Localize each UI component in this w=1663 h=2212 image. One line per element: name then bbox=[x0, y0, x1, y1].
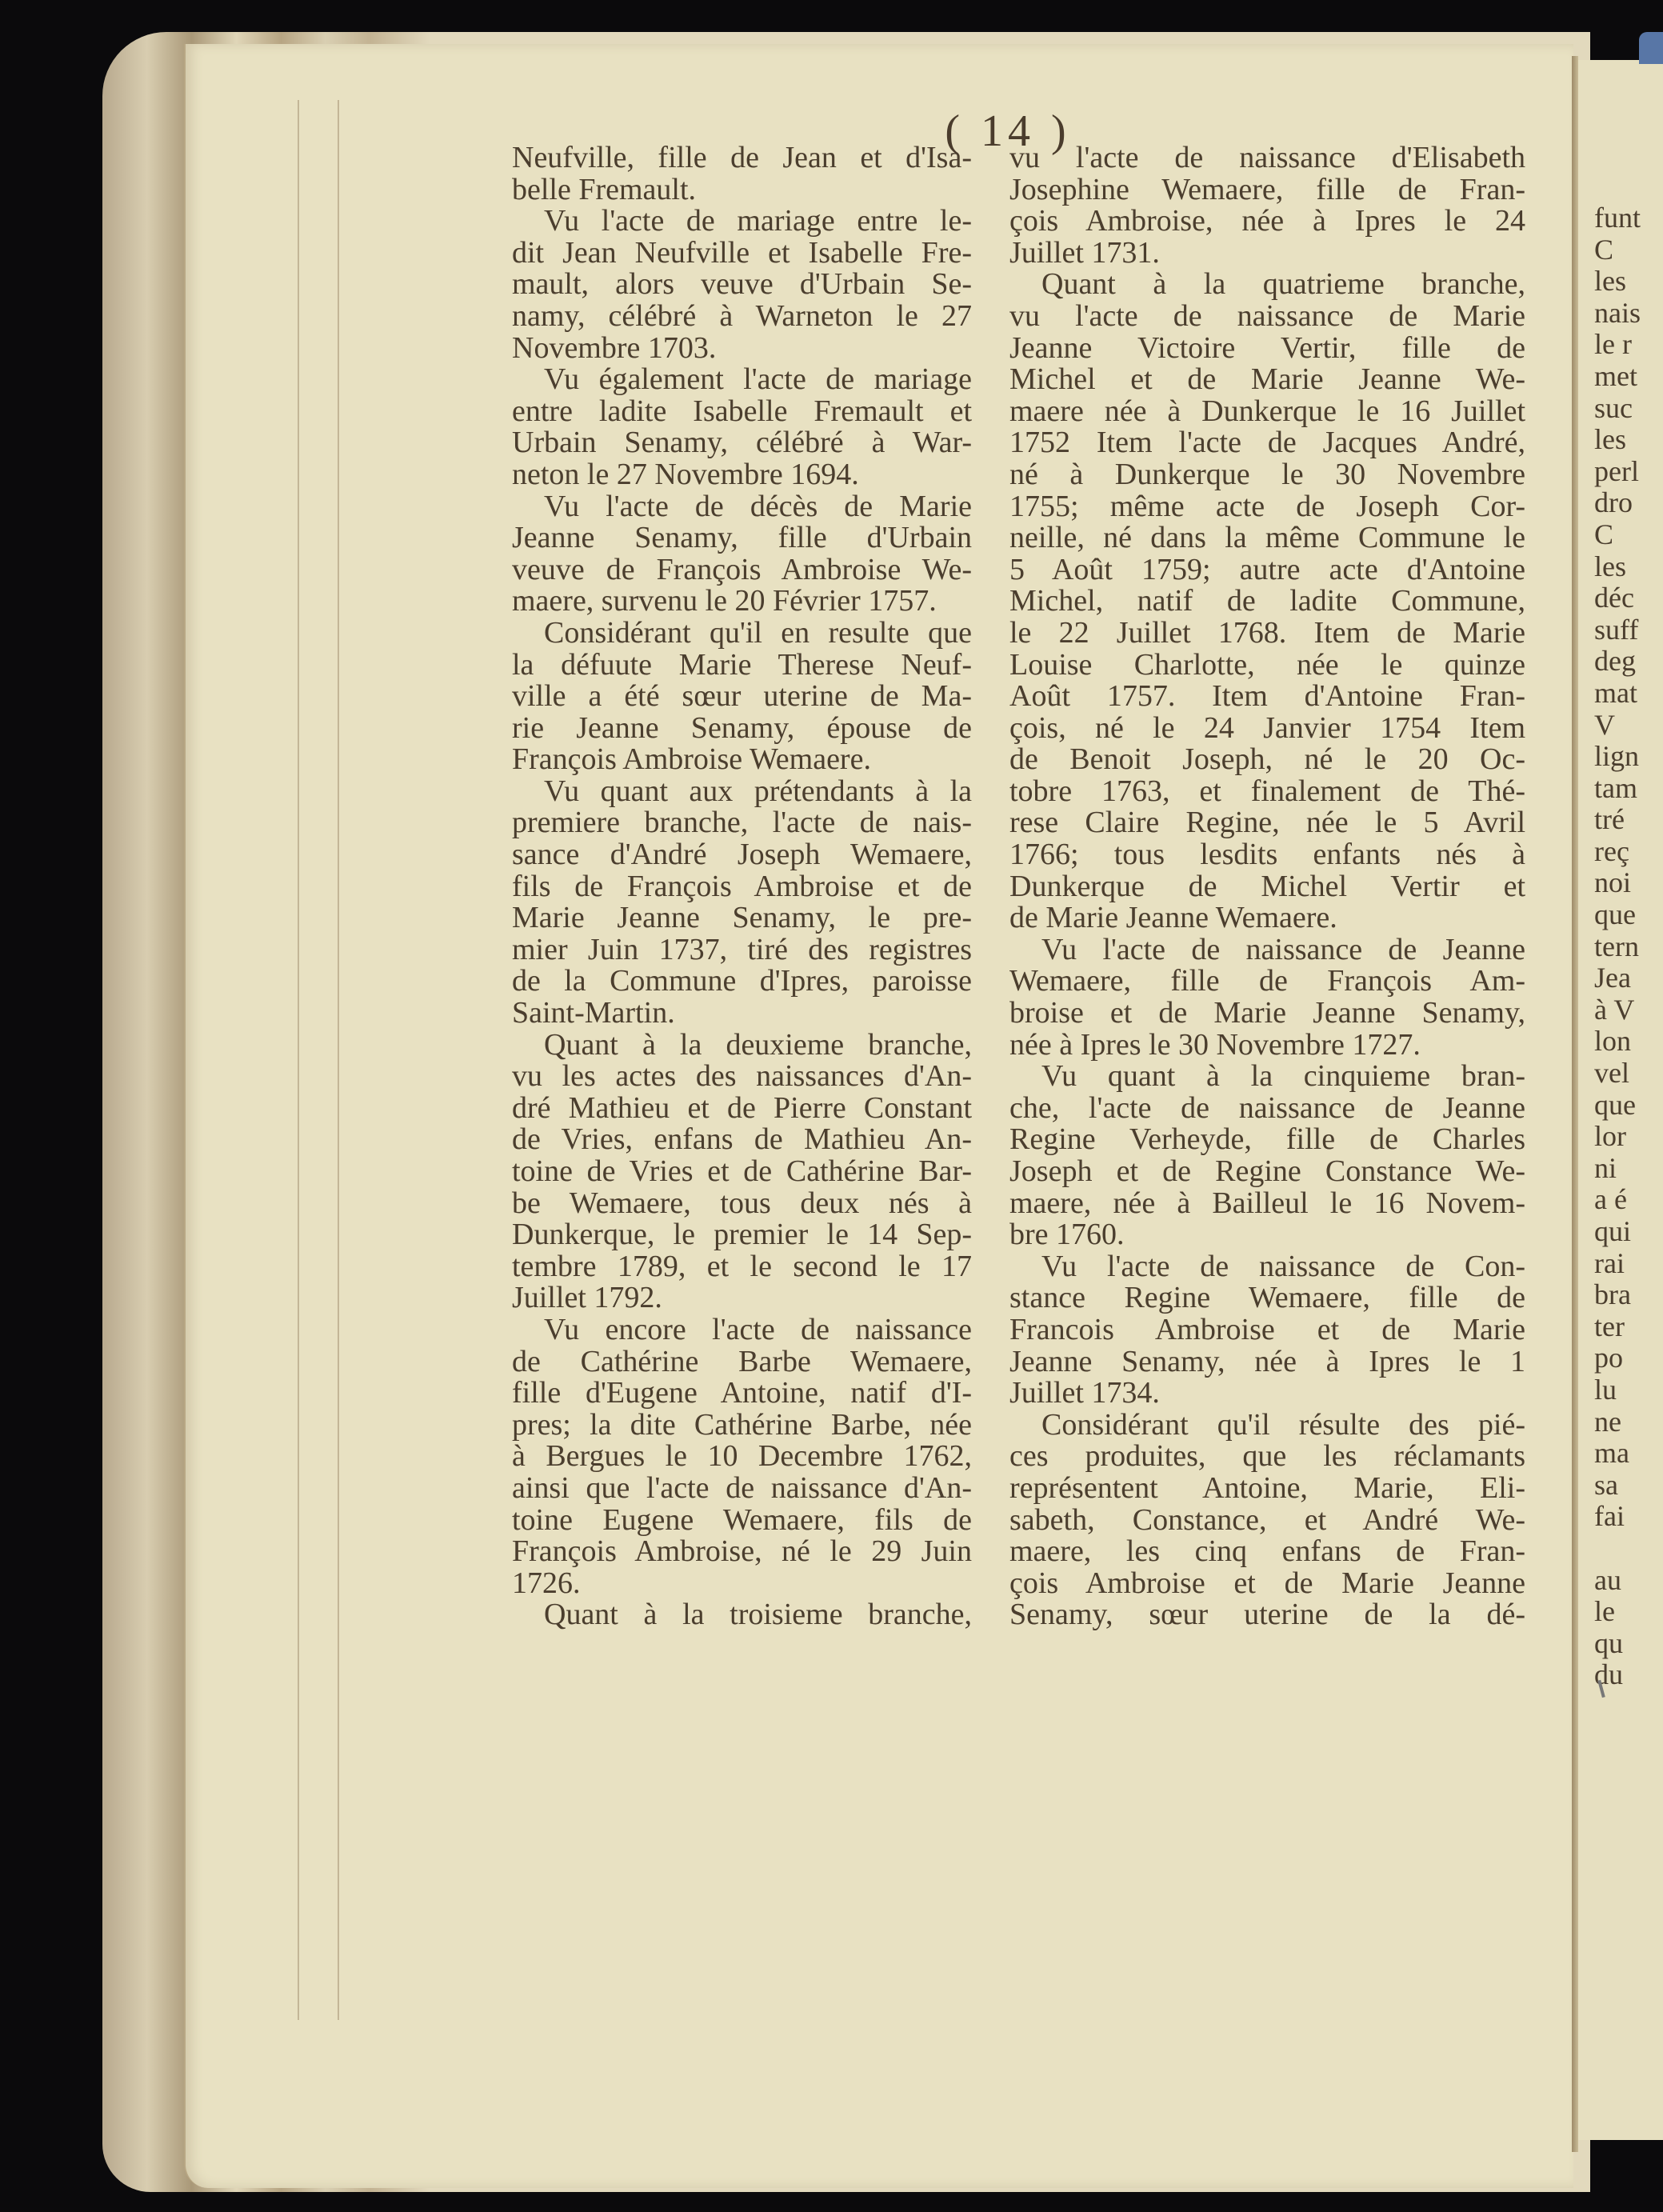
text-line-fragment: ne bbox=[1594, 1406, 1641, 1438]
text-line: sabeth, Constance, et André We- bbox=[1009, 1505, 1525, 1537]
text-line-fragment: que bbox=[1594, 1090, 1641, 1122]
text-line-fragment: lor bbox=[1594, 1121, 1641, 1153]
text-line-fragment: au bbox=[1594, 1565, 1641, 1597]
text-line: Quant à la deuxieme branche, bbox=[512, 1030, 972, 1062]
text-line: dit Jean Neufville et Isabelle Fre- bbox=[512, 238, 972, 270]
text-line: ces produites, que les réclamants bbox=[1009, 1441, 1525, 1473]
text-line-fragment: V bbox=[1594, 710, 1641, 742]
text-line: neton le 27 Novembre 1694. bbox=[512, 459, 972, 491]
text-line: Josephine Wemaere, fille de Fran- bbox=[1009, 174, 1525, 206]
text-line: veuve de François Ambroise We- bbox=[512, 554, 972, 586]
next-page-fragment: funtClesnaisle rmetsuclesperldroClesdécs… bbox=[1578, 60, 1663, 2140]
text-line-fragment: perl bbox=[1594, 456, 1641, 488]
text-line: premiere branche, l'acte de nais- bbox=[512, 807, 972, 839]
text-line: tembre 1789, et le second le 17 bbox=[512, 1251, 972, 1283]
page-fold-line bbox=[298, 100, 299, 2020]
text-line: neille, né dans la même Commune le bbox=[1009, 522, 1525, 554]
text-line: pres; la dite Cathérine Barbe, née bbox=[512, 1410, 972, 1442]
text-line-fragment: tern bbox=[1594, 931, 1641, 963]
text-line: de Vries, enfans de Mathieu An- bbox=[512, 1124, 972, 1156]
text-line-fragment: met bbox=[1594, 361, 1641, 393]
text-line: bre 1760. bbox=[1009, 1219, 1525, 1251]
text-line: be Wemaere, tous deux nés à bbox=[512, 1188, 972, 1220]
text-line-fragment: tam bbox=[1594, 773, 1641, 805]
text-line: Wemaere, fille de François Am- bbox=[1009, 966, 1525, 998]
text-line: de la Commune d'Ipres, paroisse bbox=[512, 966, 972, 998]
text-line: Michel, natif de ladite Commune, bbox=[1009, 586, 1525, 618]
text-line: vu l'acte de naissance d'Elisabeth bbox=[1009, 142, 1525, 174]
text-line-fragment: que bbox=[1594, 899, 1641, 931]
text-line: né à Dunkerque le 30 Novembre bbox=[1009, 459, 1525, 491]
text-line: vu l'acte de naissance de Marie bbox=[1009, 301, 1525, 333]
text-line: Novembre 1703. bbox=[512, 333, 972, 365]
text-line-fragment: lu bbox=[1594, 1374, 1641, 1406]
text-line: vu les actes des naissances d'An- bbox=[512, 1061, 972, 1093]
text-line-fragment: bra bbox=[1594, 1279, 1641, 1311]
text-line: mault, alors veuve d'Urbain Se- bbox=[512, 269, 972, 301]
text-line-fragment: reç bbox=[1594, 836, 1641, 868]
text-line: Vu l'acte de mariage entre le- bbox=[512, 206, 972, 238]
text-line: çois Ambroise et de Marie Jeanne bbox=[1009, 1568, 1525, 1600]
text-line: fille d'Eugene Antoine, natif d'I- bbox=[512, 1378, 972, 1410]
text-line-fragment: C bbox=[1594, 519, 1641, 551]
cover-corner bbox=[1639, 32, 1663, 64]
text-line: ainsi que l'acte de naissance d'An- bbox=[512, 1473, 972, 1505]
text-line: rie Jeanne Senamy, épouse de bbox=[512, 713, 972, 745]
text-line: le 22 Juillet 1768. Item de Marie bbox=[1009, 618, 1525, 650]
text-line: Considérant qu'il résulte des pié- bbox=[1009, 1410, 1525, 1442]
text-line: Jeanne Senamy, née à Ipres le 1 bbox=[1009, 1346, 1525, 1378]
text-line: maere, les cinq enfans de Fran- bbox=[1009, 1536, 1525, 1568]
text-line-fragment: a é bbox=[1594, 1184, 1641, 1216]
text-line-fragment: les bbox=[1594, 266, 1641, 298]
text-line: 1726. bbox=[512, 1568, 972, 1600]
text-line: Vu quant à la cinquieme bran- bbox=[1009, 1061, 1525, 1093]
text-line: rese Claire Regine, née le 5 Avril bbox=[1009, 807, 1525, 839]
text-line: tobre 1763, et finalement de Thé- bbox=[1009, 776, 1525, 808]
text-line: Quant à la troisieme branche, bbox=[512, 1599, 972, 1631]
text-line-fragment: deg bbox=[1594, 646, 1641, 678]
text-line: Vu l'acte de naissance de Jeanne bbox=[1009, 934, 1525, 966]
text-line: Louise Charlotte, née le quinze bbox=[1009, 650, 1525, 682]
text-line: Vu quant aux prétendants à la bbox=[512, 776, 972, 808]
text-line-fragment: qu bbox=[1594, 1628, 1641, 1660]
text-line: fils de François Ambroise et de bbox=[512, 871, 972, 903]
text-line-fragment: noi bbox=[1594, 867, 1641, 899]
right-text-column: vu l'acte de naissance d'ElisabethJoseph… bbox=[1009, 142, 1525, 1631]
text-line: entre ladite Isabelle Fremault et bbox=[512, 396, 972, 428]
text-line: de Marie Jeanne Wemaere. bbox=[1009, 902, 1525, 934]
text-line: François Ambroise Wemaere. bbox=[512, 744, 972, 776]
text-line: Michel et de Marie Jeanne We- bbox=[1009, 364, 1525, 396]
text-line: Regine Verheyde, fille de Charles bbox=[1009, 1124, 1525, 1156]
text-line-fragment: ter bbox=[1594, 1311, 1641, 1343]
text-line-fragment: Jea bbox=[1594, 962, 1641, 994]
text-line-fragment: lon bbox=[1594, 1026, 1641, 1058]
text-line: Dunkerque de Michel Vertir et bbox=[1009, 871, 1525, 903]
text-line: stance Regine Wemaere, fille de bbox=[1009, 1282, 1525, 1314]
text-line: mier Juin 1737, tiré des registres bbox=[512, 934, 972, 966]
text-line: de Cathérine Barbe Wemaere, bbox=[512, 1346, 972, 1378]
text-line: Urbain Senamy, célébré à War- bbox=[512, 427, 972, 459]
text-line: Juillet 1792. bbox=[512, 1282, 972, 1314]
text-line-fragment: suc bbox=[1594, 393, 1641, 425]
text-line: Dunkerque, le premier le 14 Sep- bbox=[512, 1219, 972, 1251]
text-line: Vu l'acte de décès de Marie bbox=[512, 491, 972, 523]
text-line-fragment: lign bbox=[1594, 741, 1641, 773]
text-line-fragment: funt bbox=[1594, 202, 1641, 234]
text-line-fragment: suff bbox=[1594, 614, 1641, 646]
text-line-fragment: rai bbox=[1594, 1248, 1641, 1280]
text-line-fragment: mat bbox=[1594, 678, 1641, 710]
text-line: représentent Antoine, Marie, Eli- bbox=[1009, 1473, 1525, 1505]
text-line: namy, célébré à Warneton le 27 bbox=[512, 301, 972, 333]
text-line: Jeanne Senamy, fille d'Urbain bbox=[512, 522, 972, 554]
text-line: che, l'acte de naissance de Jeanne bbox=[1009, 1093, 1525, 1125]
text-line: maere, née à Bailleul le 16 Novem- bbox=[1009, 1188, 1525, 1220]
text-line: Saint-Martin. bbox=[512, 998, 972, 1030]
text-line-fragment: déc bbox=[1594, 582, 1641, 614]
text-line: broise et de Marie Jeanne Senamy, bbox=[1009, 998, 1525, 1030]
text-line-fragment: nais bbox=[1594, 298, 1641, 330]
text-line-fragment: les bbox=[1594, 551, 1641, 583]
text-line-fragment: vel bbox=[1594, 1058, 1641, 1090]
text-line: Francois Ambroise et de Marie bbox=[1009, 1314, 1525, 1346]
text-line: Neufville, fille de Jean et d'Isa- bbox=[512, 142, 972, 174]
text-line: Juillet 1734. bbox=[1009, 1378, 1525, 1410]
text-line-fragment: ma bbox=[1594, 1438, 1641, 1470]
text-line: maere née à Dunkerque le 16 Juillet bbox=[1009, 396, 1525, 428]
text-line: 5 Août 1759; autre acte d'Antoine bbox=[1009, 554, 1525, 586]
text-line: Vu également l'acte de mariage bbox=[512, 364, 972, 396]
text-line-fragment bbox=[1594, 1533, 1641, 1565]
text-line: née à Ipres le 30 Novembre 1727. bbox=[1009, 1030, 1525, 1062]
text-line-fragment: fai bbox=[1594, 1501, 1641, 1533]
left-text-column: Neufville, fille de Jean et d'Isa-belle … bbox=[512, 142, 972, 1631]
text-line-fragment: ni bbox=[1594, 1153, 1641, 1185]
text-line-fragment: le r bbox=[1594, 329, 1641, 361]
text-line: Vu encore l'acte de naissance bbox=[512, 1314, 972, 1346]
text-line: Marie Jeanne Senamy, le pre- bbox=[512, 902, 972, 934]
book-gutter bbox=[1572, 56, 1578, 2152]
text-line: Quant à la quatrieme branche, bbox=[1009, 269, 1525, 301]
text-line: 1755; même acte de Joseph Cor- bbox=[1009, 491, 1525, 523]
text-line-fragment: les bbox=[1594, 424, 1641, 456]
text-line-fragment: à V bbox=[1594, 994, 1641, 1026]
text-line: la défuute Marie Therese Neuf- bbox=[512, 650, 972, 682]
text-line-fragment: po bbox=[1594, 1342, 1641, 1374]
text-line: çois Ambroise, née à Ipres le 24 bbox=[1009, 206, 1525, 238]
page-fold-line bbox=[338, 100, 339, 2020]
next-page-text-column: funtClesnaisle rmetsuclesperldroClesdécs… bbox=[1594, 202, 1641, 1691]
text-line-fragment: qui bbox=[1594, 1216, 1641, 1248]
text-line: çois, né le 24 Janvier 1754 Item bbox=[1009, 713, 1525, 745]
text-line: belle Fremault. bbox=[512, 174, 972, 206]
text-line: Juillet 1731. bbox=[1009, 238, 1525, 270]
text-line: dré Mathieu et de Pierre Constant bbox=[512, 1093, 972, 1125]
text-line: de Benoit Joseph, né le 20 Oc- bbox=[1009, 744, 1525, 776]
text-line-fragment: le bbox=[1594, 1596, 1641, 1628]
text-line: à Bergues le 10 Decembre 1762, bbox=[512, 1441, 972, 1473]
text-line: sance d'André Joseph Wemaere, bbox=[512, 839, 972, 871]
text-line: maere, survenu le 20 Février 1757. bbox=[512, 586, 972, 618]
text-line: François Ambroise, né le 29 Juin bbox=[512, 1536, 972, 1568]
text-line-fragment: sa bbox=[1594, 1470, 1641, 1502]
text-line: toine Eugene Wemaere, fils de bbox=[512, 1505, 972, 1537]
text-line: Joseph et de Regine Constance We- bbox=[1009, 1156, 1525, 1188]
text-line: Considérant qu'il en resulte que bbox=[512, 618, 972, 650]
text-line-fragment: tré bbox=[1594, 804, 1641, 836]
text-line-fragment: C bbox=[1594, 234, 1641, 266]
text-line-fragment: dro bbox=[1594, 487, 1641, 519]
text-line: Vu l'acte de naissance de Con- bbox=[1009, 1251, 1525, 1283]
text-line: Jeanne Victoire Vertir, fille de bbox=[1009, 333, 1525, 365]
text-line: 1766; tous lesdits enfants nés à bbox=[1009, 839, 1525, 871]
text-line: ville a été sœur uterine de Ma- bbox=[512, 681, 972, 713]
text-line: Août 1757. Item d'Antoine Fran- bbox=[1009, 681, 1525, 713]
text-line: Senamy, sœur uterine de la dé- bbox=[1009, 1599, 1525, 1631]
text-line: toine de Vries et de Cathérine Bar- bbox=[512, 1156, 972, 1188]
text-line: 1752 Item l'acte de Jacques André, bbox=[1009, 427, 1525, 459]
